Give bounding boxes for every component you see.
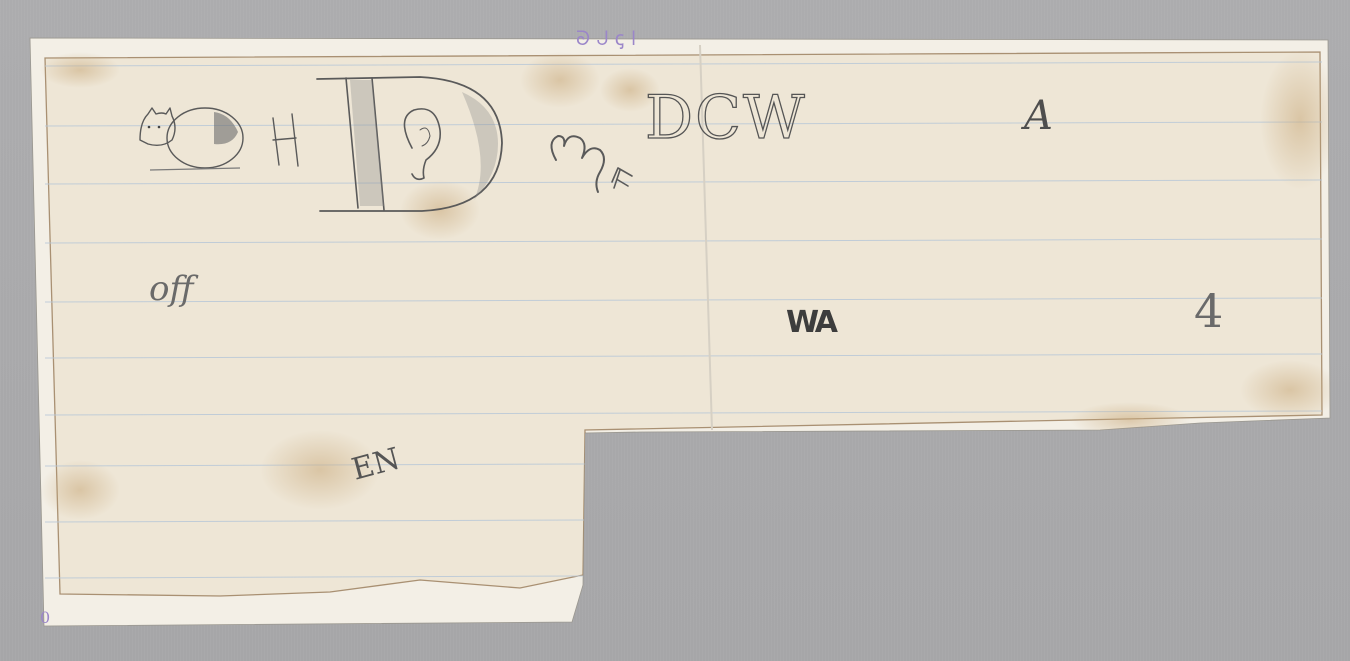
dcw-text: DCW [645,88,807,148]
purple-annotation-bottom-left: 0 [40,610,50,626]
off-text: off [149,272,194,306]
wa-text: WA [786,308,835,338]
number-4-text: 4 [1194,288,1223,334]
letter-a-text: A [1024,96,1053,136]
purple-annotation-top: ᘐ ᒍ ꞔ ǀ [576,28,637,48]
